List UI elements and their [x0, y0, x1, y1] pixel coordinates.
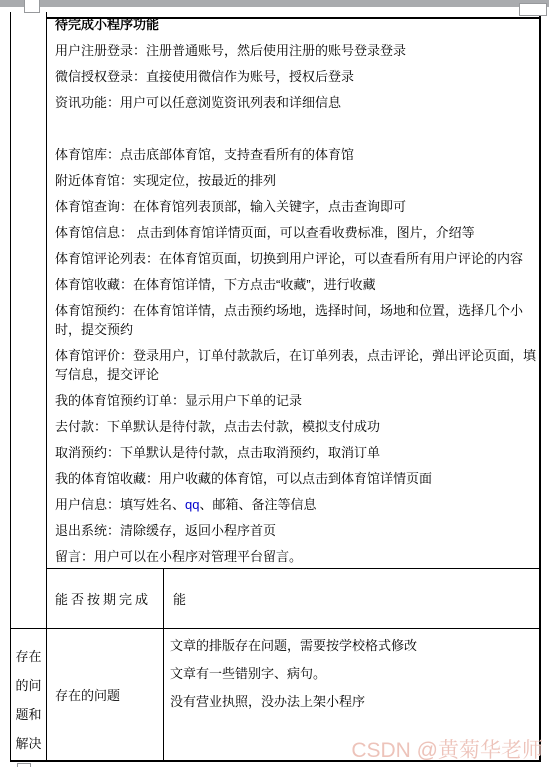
feature-line: 我的体育馆收藏：用户收藏的体育馆，可以点击到体育馆详情页面	[55, 469, 543, 488]
schedule-value: 能	[173, 589, 186, 608]
feature-line: 我的体育馆预约订单：显示用户下单的记录	[55, 391, 543, 410]
feature-line: 附近体育馆：实现定位，按最近的排列	[55, 171, 543, 190]
problems-label-cell: 存在的问题	[47, 629, 163, 760]
feature-line: 体育馆评价：登录用户，订单付款款后，在订单列表，点击评论，弹出评论页面，填写信息…	[55, 346, 543, 384]
feature-line-user-info: 用户信息：填写姓名、qq、邮箱、备注等信息	[55, 495, 543, 514]
feature-line: 体育馆收藏：在体育馆详情，下方点击“收藏”，进行收藏	[55, 275, 543, 294]
feature-line: 用户注册登录：注册普通账号，然后使用注册的账号登录登录	[55, 41, 543, 60]
problem-line: 文章的排版存在问题，需要按学校格式修改	[170, 636, 535, 655]
qq-text: qq	[185, 497, 199, 512]
problems-row-header: 存在的问题和解决	[11, 642, 46, 758]
page-gap-bar	[0, 0, 549, 7]
schedule-value-cell: 能	[164, 569, 539, 628]
feature-line: 去付款：下单默认是待付款，点击去付款，模拟支付成功	[55, 417, 543, 436]
ruler-notch-left	[24, 0, 40, 13]
user-info-suffix: 、邮箱、备注等信息	[199, 497, 316, 512]
feature-line: 体育馆预约：在体育馆详情，点击预约场地，选择时间，场地和位置，选择几个小时，提交…	[55, 301, 543, 339]
user-info-prefix: 用户信息：填写姓名、	[55, 497, 185, 512]
problems-content-cell: 文章的排版存在问题，需要按学校格式修改 文章有一些错别字、病句。 没有营业执照，…	[170, 636, 535, 720]
problem-line: 没有营业执照，没办法上架小程序	[170, 692, 535, 711]
feature-line: 退出系统：清除缓存，返回小程序首页	[55, 521, 543, 540]
ruler-notch-bottom	[17, 763, 31, 767]
feature-line: 微信授权登录：直接使用微信作为账号，授权后登录	[55, 67, 543, 86]
document-page: 待完成小程序功能 用户注册登录：注册普通账号，然后使用注册的账号登录登录 微信授…	[0, 0, 549, 767]
feature-line: 留言：用户可以在小程序对管理平台留言。	[55, 547, 543, 566]
feature-line: 资讯功能：用户可以任意浏览资讯列表和详细信息	[55, 93, 543, 112]
schedule-label-cell: 能否按期完成	[47, 569, 163, 628]
feature-line: 体育馆评论列表：在体育馆页面，切换到用户评论，可以查看所有用户评论的内容	[55, 249, 543, 268]
problem-line: 文章有一些错别字、病句。	[170, 664, 535, 683]
schedule-label: 能否按期完成	[55, 589, 151, 608]
pending-features-cell: 待完成小程序功能 用户注册登录：注册普通账号，然后使用注册的账号登录登录 微信授…	[55, 15, 543, 573]
feature-line: 取消预约：下单默认是待付款，点击取消预约，取消订单	[55, 443, 543, 462]
csdn-watermark: CSDN @黄菊华老师	[351, 734, 543, 764]
feature-line: 体育馆信息： 点击到体育馆详情页面，可以查看收费标准，图片，介绍等	[55, 223, 543, 242]
feature-line: 体育馆查询：在体育馆列表顶部，输入关键字，点击查询即可	[55, 197, 543, 216]
blank-line	[55, 119, 543, 138]
problems-label: 存在的问题	[55, 685, 120, 704]
feature-line: 体育馆库：点击底部体育馆，支持查看所有的体育馆	[55, 145, 543, 164]
section-title: 待完成小程序功能	[55, 15, 543, 34]
